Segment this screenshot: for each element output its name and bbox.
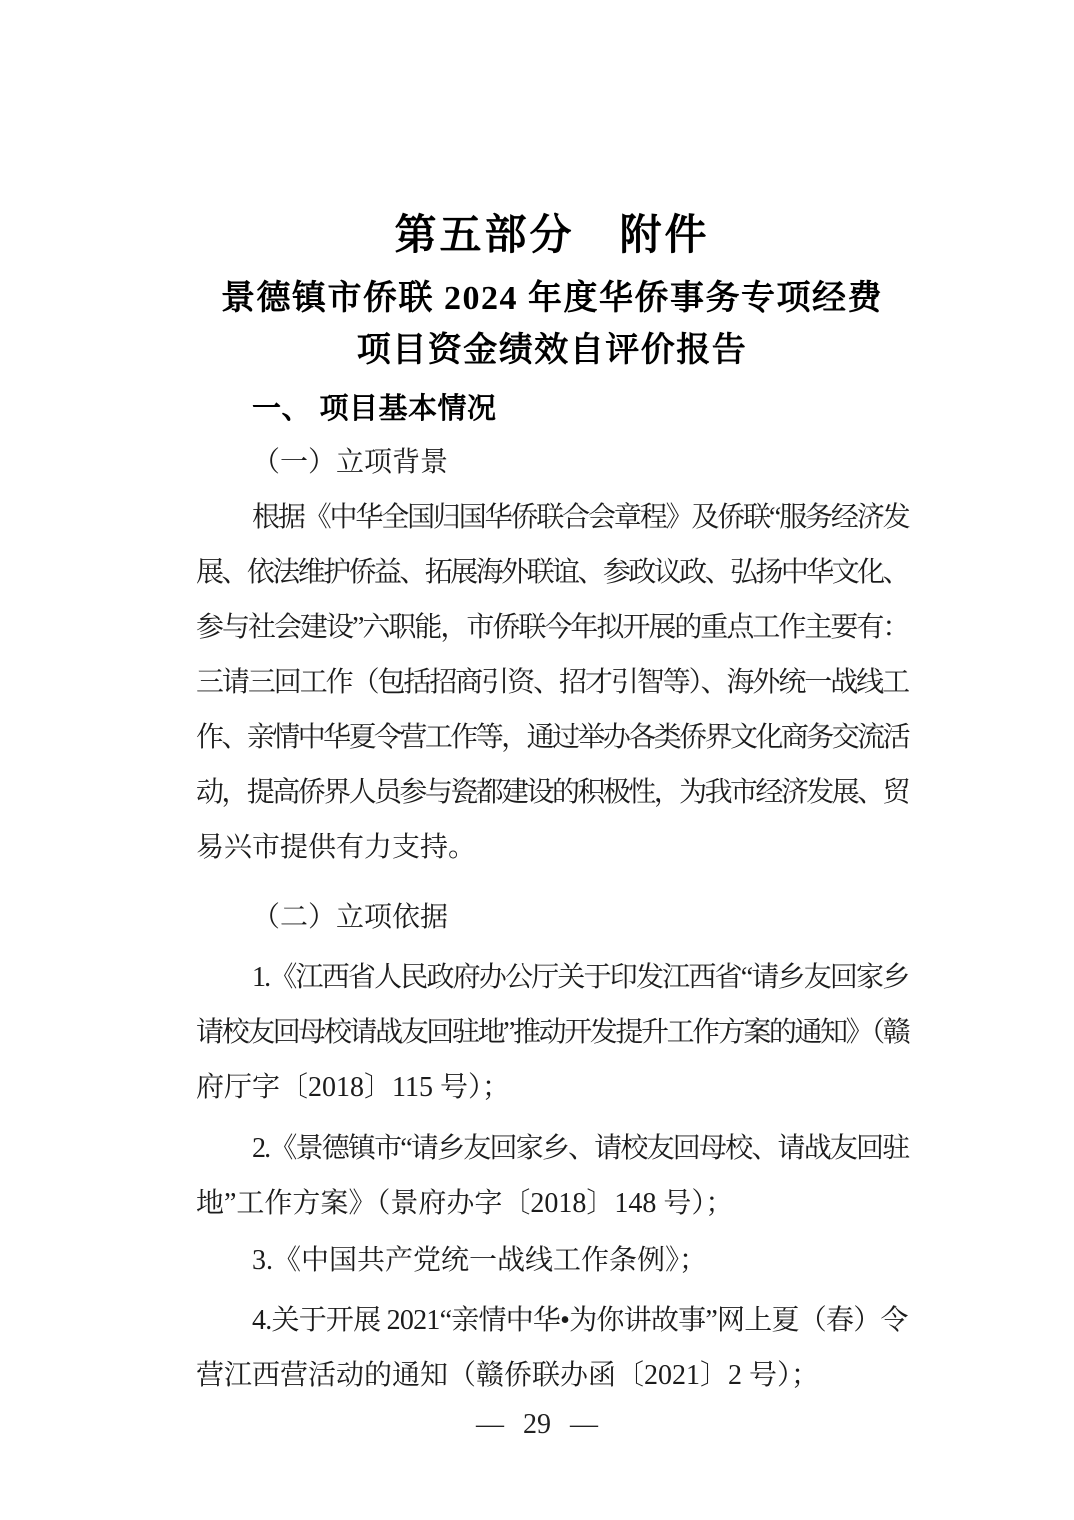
page-number: — 29 — — [0, 1407, 1074, 1443]
report-title-line1: 景德镇市侨联 2024 年度华侨事务专项经费 — [196, 278, 908, 320]
legal-basis-item-4: 4.关于开展 2021“亲情中华•为你讲故事”网上夏（春）令 营江西营活动的通知… — [196, 1293, 908, 1403]
text-line: 根据《中华全国归国华侨联合会章程》及侨联“服务经济发 — [196, 490, 908, 545]
legal-basis-item-2: 2.《景德镇市“请乡友回家乡、请校友回母校、请战友回驻 地”工作方案》（景府办字… — [196, 1121, 908, 1231]
text-line: （一）立项背景 — [196, 435, 908, 490]
document-page: 第五部分 附件 景德镇市侨联 2024 年度华侨事务专项经费 项目资金绩效自评价… — [0, 0, 1074, 1520]
text-line: 2.《景德镇市“请乡友回家乡、请校友回母校、请战友回驻 — [196, 1121, 908, 1176]
text-line: 营江西营活动的通知（赣侨联办函〔2021〕2 号）； — [196, 1348, 908, 1403]
text-line: 3.《中国共产党统一战线工作条例》； — [196, 1233, 908, 1288]
paragraph-project-background: 根据《中华全国归国华侨联合会章程》及侨联“服务经济发 展、依法维护侨益、拓展海外… — [196, 490, 908, 875]
section-heading-project-basic-info: 一、 项目基本情况 — [196, 386, 908, 432]
text-line: 三请三回工作（包括招商引资、招才引智等）、海外统一战线工 — [196, 655, 908, 710]
text-line: 参与社会建设”六职能，市侨联今年拟开展的重点工作主要有： — [196, 600, 908, 655]
text-line: 展、依法维护侨益、拓展海外联谊、参政议政、弘扬中华文化、 — [196, 545, 908, 600]
subsection-heading-legal-basis: （二）立项依据 — [196, 890, 908, 945]
legal-basis-item-1: 1.《江西省人民政府办公厅关于印发江西省“请乡友回家乡 请校友回母校请战友回驻地… — [196, 950, 908, 1115]
text-line: （二）立项依据 — [196, 890, 908, 945]
text-line: 易兴市提供有力支持。 — [196, 820, 908, 875]
document-content: 第五部分 附件 景德镇市侨联 2024 年度华侨事务专项经费 项目资金绩效自评价… — [196, 0, 908, 1403]
text-line: 作、亲情中华夏令营工作等，通过举办各类侨界文化商务交流活 — [196, 710, 908, 765]
text-line: 1.《江西省人民政府办公厅关于印发江西省“请乡友回家乡 — [196, 950, 908, 1005]
text-line: 府厅字〔2018〕115 号）； — [196, 1060, 908, 1115]
text-line: 地”工作方案》（景府办字〔2018〕148 号）； — [196, 1176, 908, 1231]
legal-basis-item-3: 3.《中国共产党统一战线工作条例》； — [196, 1233, 908, 1288]
text-line: 请校友回母校请战友回驻地”推动开发提升工作方案的通知》（赣 — [196, 1005, 908, 1060]
report-title-line2: 项目资金绩效自评价报告 — [196, 330, 908, 372]
text-line: 动，提高侨界人员参与瓷都建设的积极性，为我市经济发展、贸 — [196, 765, 908, 820]
subsection-heading-project-background: （一）立项背景 — [196, 435, 908, 490]
text-line: 4.关于开展 2021“亲情中华•为你讲故事”网上夏（春）令 — [196, 1293, 908, 1348]
part-title: 第五部分 附件 — [196, 210, 908, 262]
